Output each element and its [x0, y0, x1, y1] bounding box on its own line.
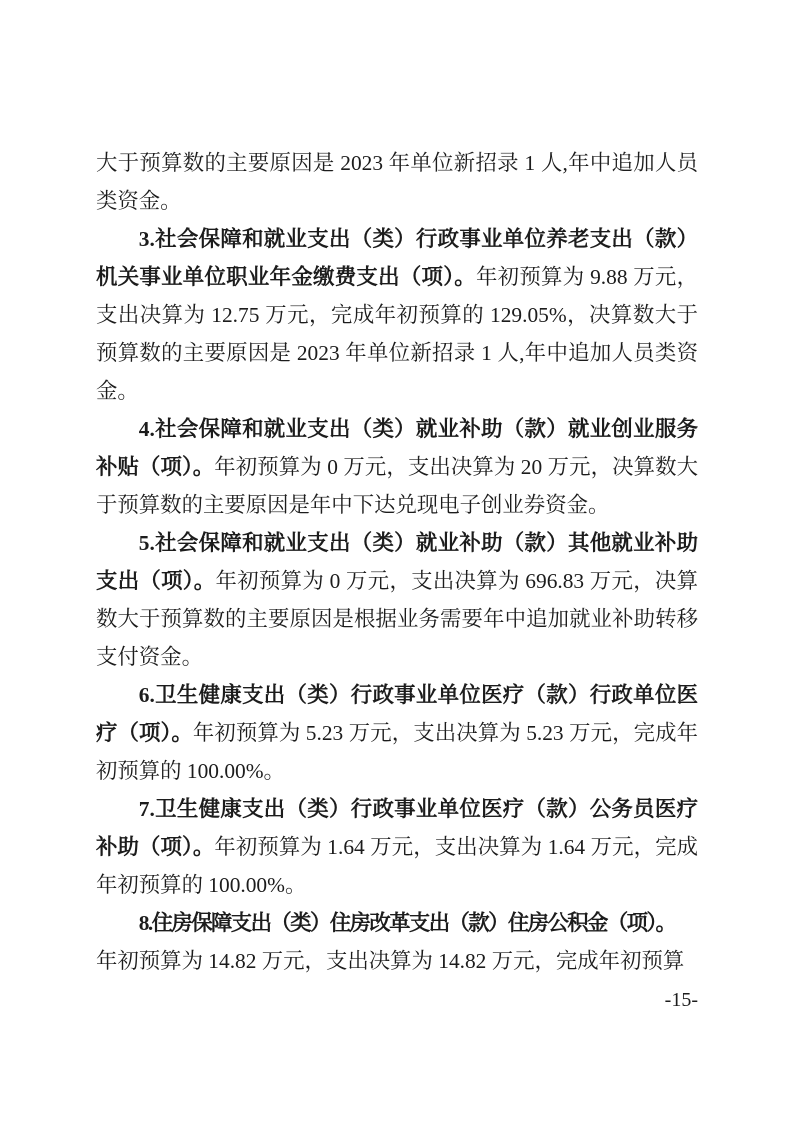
paragraph-item-4: 4.社会保障和就业支出（类）就业补助（款）就业创业服务补贴（项）。年初预算为 0…	[96, 410, 698, 524]
document-page: 大于预算数的主要原因是 2023 年单位新招录 1 人,年中追加人员类资金。 3…	[0, 0, 793, 1122]
document-body: 大于预算数的主要原因是 2023 年单位新招录 1 人,年中追加人员类资金。 3…	[96, 144, 698, 980]
paragraph-text: 大于预算数的主要原因是 2023 年单位新招录 1 人,年中追加人员类资金。	[96, 151, 698, 213]
paragraph-item-5: 5.社会保障和就业支出（类）就业补助（款）其他就业补助支出（项）。年初预算为 0…	[96, 524, 698, 676]
paragraph-text: 年初预算为 14.82 万元，支出决算为 14.82 万元，完成年初预算	[96, 942, 698, 980]
page-number: -15-	[665, 989, 698, 1011]
paragraph-item-3: 3.社会保障和就业支出（类）行政事业单位养老支出（款）机关事业单位职业年金缴费支…	[96, 220, 698, 410]
paragraph-continuation: 大于预算数的主要原因是 2023 年单位新招录 1 人,年中追加人员类资金。	[96, 144, 698, 220]
paragraph-item-6: 6.卫生健康支出（类）行政事业单位医疗（款）行政单位医疗（项）。年初预算为 5.…	[96, 676, 698, 790]
paragraph-lead: 8.住房保障支出（类）住房改革支出（款）住房公积金（项）。	[139, 911, 676, 935]
paragraph-item-8: 8.住房保障支出（类）住房改革支出（款）住房公积金（项）。年初预算为 14.82…	[96, 904, 698, 980]
page-footer: -15-	[96, 988, 698, 1012]
paragraph-item-7: 7.卫生健康支出（类）行政事业单位医疗（款）公务员医疗补助（项）。年初预算为 1…	[96, 790, 698, 904]
